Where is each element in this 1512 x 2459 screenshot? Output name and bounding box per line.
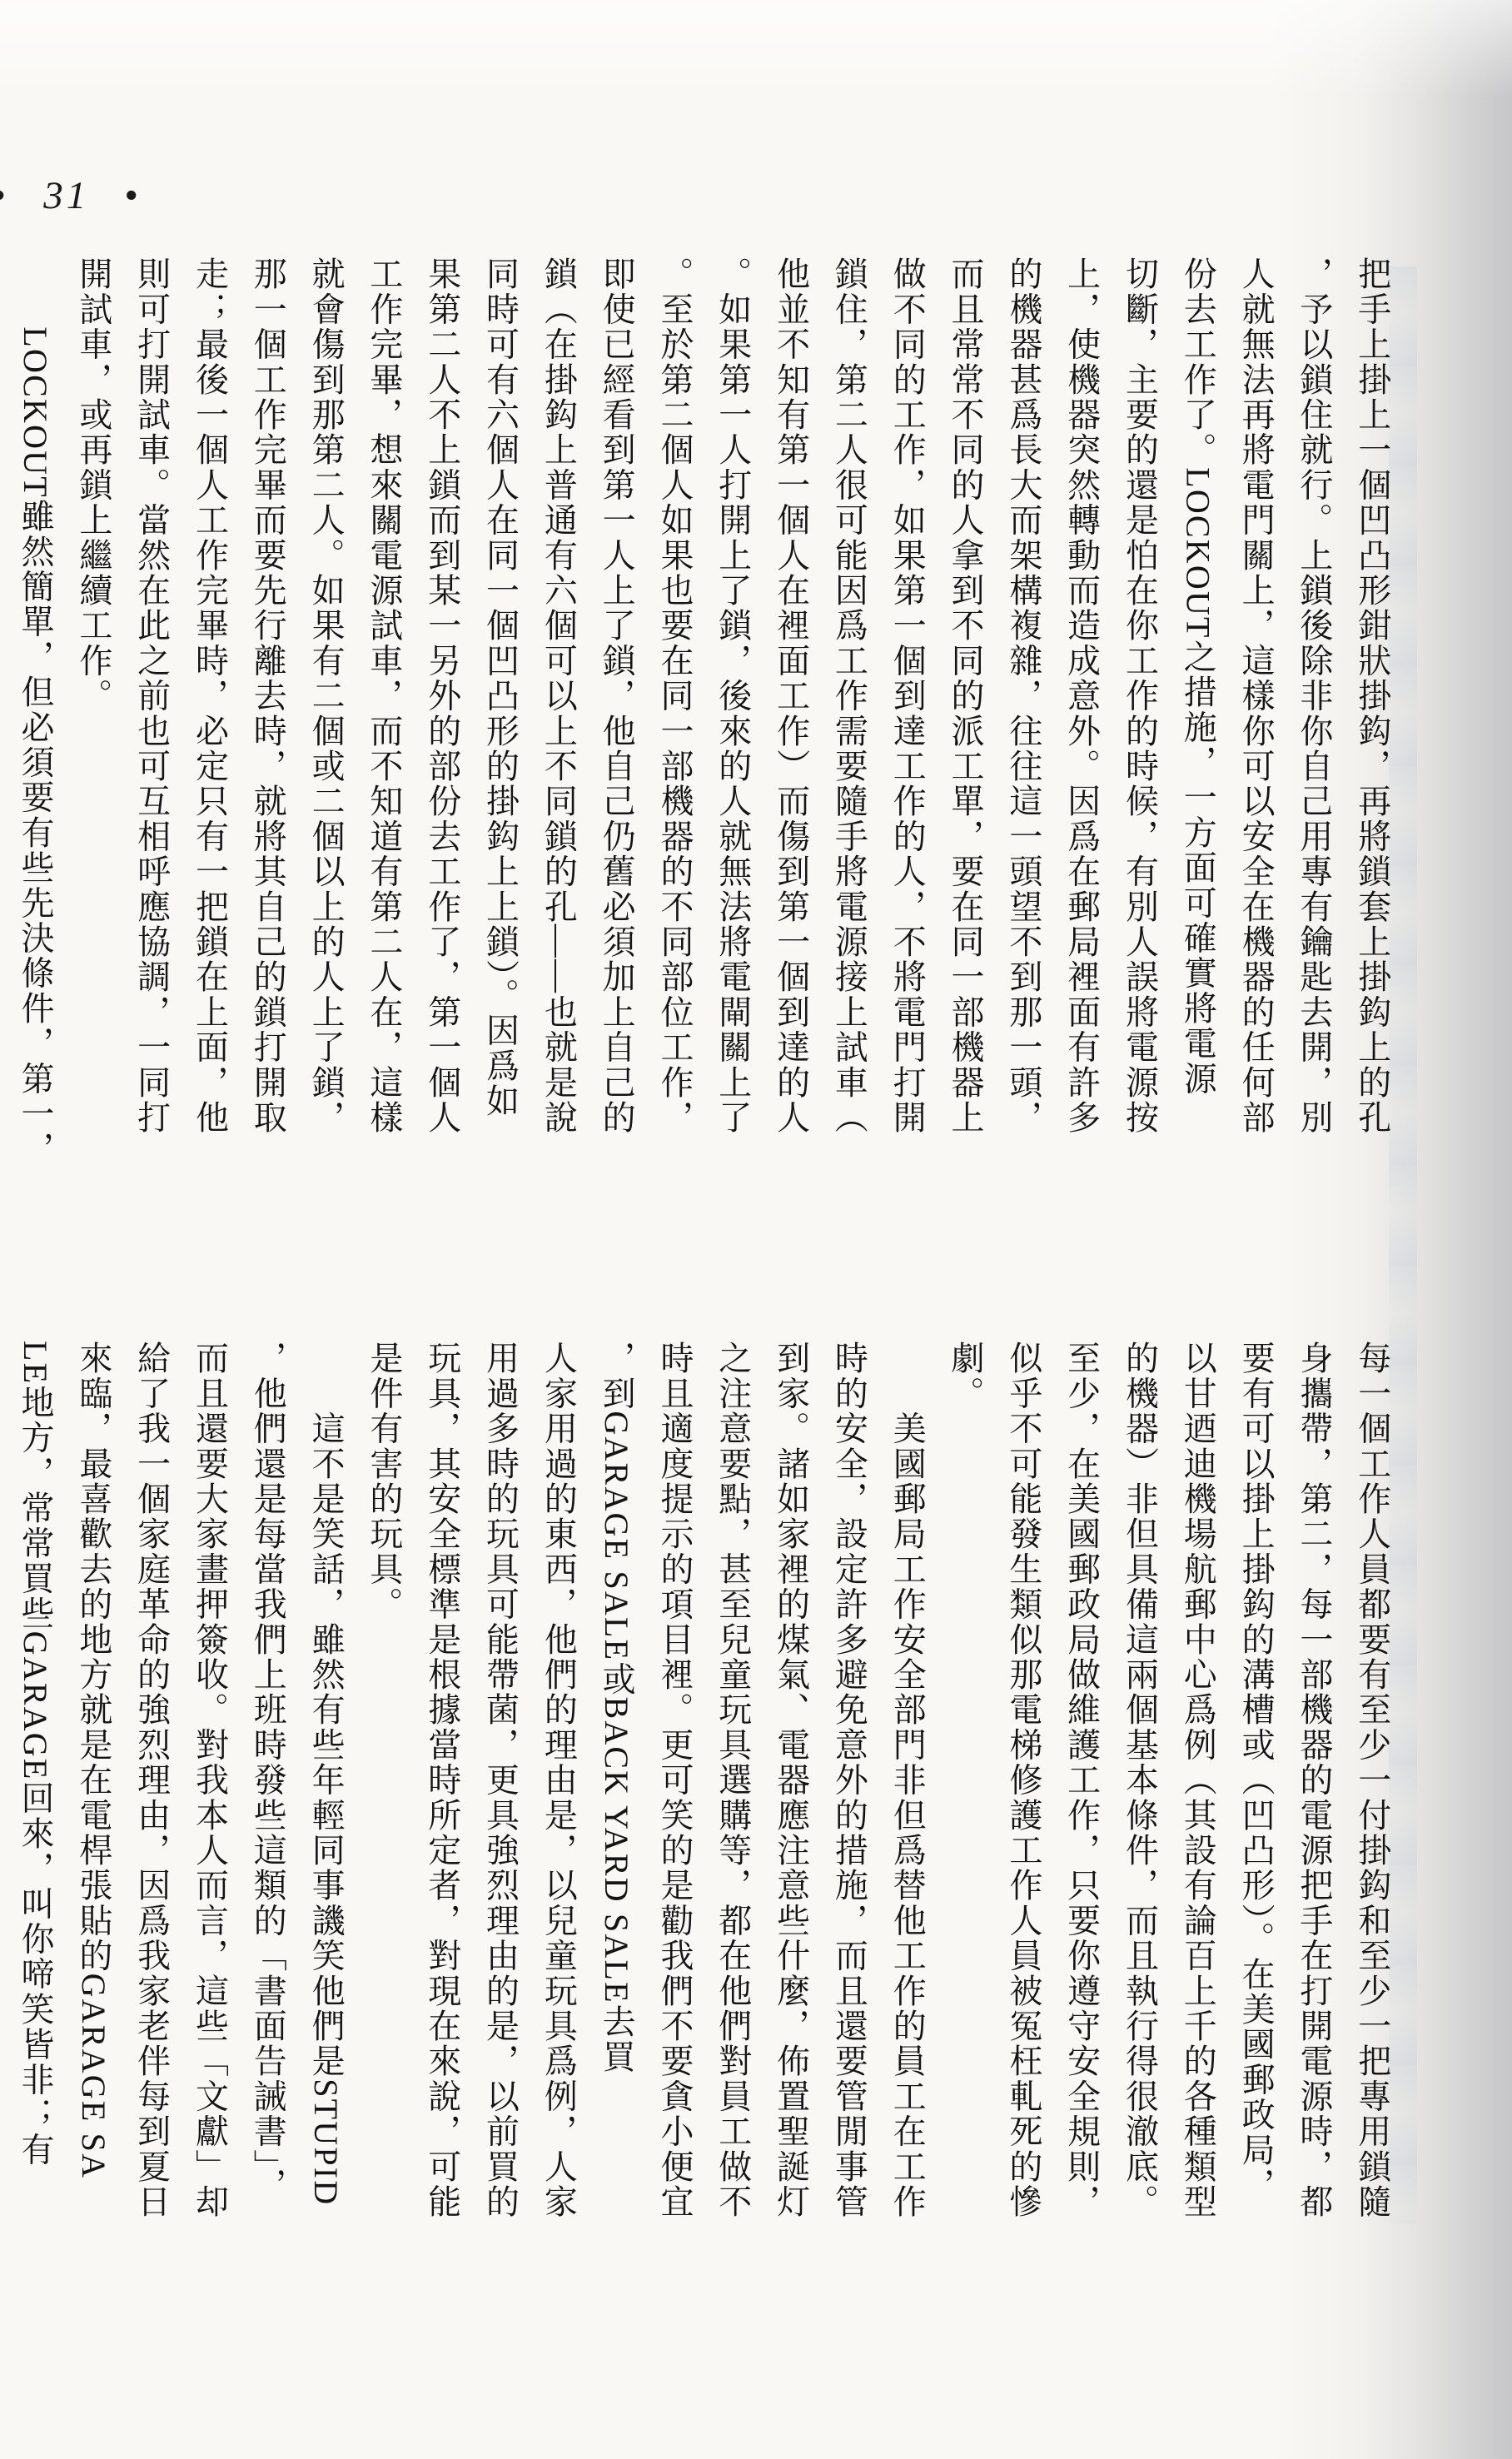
- ink-showthrough-streaks: [1389, 266, 1417, 2223]
- text-column: 劇。: [947, 1341, 983, 1411]
- text-column: 果第二人不上鎖而到某一另外的部份去工作了，第一個人: [424, 256, 460, 1135]
- text-column: 的機器甚爲長大而架構複雜，往往這一頭望不到那一頭，: [1005, 256, 1042, 1135]
- text-column: 時且適度提示的項目裡。更可笑的是勸我們不要貪小便宜: [656, 1341, 693, 2219]
- text-column: 要有可以掛上掛鈎的溝槽或（凹凸形）。在美國郵政局，: [1237, 1341, 1274, 2203]
- text-column: 鎖（在掛鈎上普通有六個可以上不同鎖的孔——也就是說: [540, 256, 576, 1135]
- text-column: LOCKOUT雖然簡單，但必須要有些先決條件，第一，: [17, 256, 53, 1167]
- text-column: 那一個工作完畢而要先行離去時，就將其自己的鎖打開取: [249, 256, 286, 1135]
- text-column: 這不是笑話，雖然有些年輕同事譏笑他們是STUPID: [307, 1341, 344, 2206]
- upper-text-block: 把手上掛上一個凹凸形鉗狀掛鈎，再將鎖套上掛鈎上的孔，予以鎖住就行。上鎖後除非你自…: [17, 256, 1390, 1172]
- text-column: 鎖住，第二人很可能因爲工作需要隨手將電源接上試車（: [830, 256, 867, 1135]
- text-column: ，予以鎖住就行。上鎖後除非你自己用專有鑰匙去開，別: [1296, 256, 1332, 1135]
- text-column: ，他們還是每當我們上班時發些這類的「書面告誡書」，: [249, 1341, 286, 2203]
- text-column: 上，使機器突然轉動而造成意外。因爲在郵局裡面有許多: [1063, 256, 1100, 1135]
- text-column: 每一個工作人員都要有至少一付掛鈎和至少一把專用鎖隨: [1354, 1341, 1390, 2219]
- text-column: 似乎不可能發生類似那電梯修護工作人員被冤枉軋死的慘: [1005, 1341, 1042, 2219]
- text-column: 用過多時的玩具可能帶菌，更具強烈理由的是，以前買的: [482, 1341, 519, 2219]
- text-column: 即使已經看到第一人上了鎖，他自己仍舊必須加上自己的: [598, 256, 634, 1135]
- text-column: 份去工作了。LOCKOUT之措施，一方面可確實將電源: [1179, 256, 1216, 1096]
- text-column: 人就無法再將電門關上，這樣你可以安全在機器的任何部: [1237, 256, 1274, 1135]
- text-column: 美國郵局工作安全部門非但爲替他工作的員工在工作: [888, 1341, 925, 2219]
- page-number: • 31 •: [0, 173, 141, 218]
- text-column: 玩具，其安全標準是根據當時所定者，對現在來說，可能: [424, 1341, 460, 2219]
- text-column: 工作完畢，想來關電源試車，而不知道有第二人在，這樣: [366, 256, 402, 1135]
- text-column: 同時可有六個人在同一個凹凸形的掛鈎上上鎖）。因爲如: [482, 256, 519, 1118]
- text-column: 就會傷到那第二人。如果有二個或二個以上的人上了鎖，: [307, 256, 344, 1135]
- text-column: 。如果第一人打開上了鎖，後來的人就無法將電閘關上了: [714, 256, 751, 1135]
- text-column: 到家。諸如家裡的煤氣、電器應注意些什麼，佈置聖誕灯: [773, 1341, 809, 2219]
- text-column: 做不同的工作，如果第一個到達工作的人，不將電門打開: [888, 256, 925, 1135]
- text-column: 而且還要大家畫押簽收。對我本人而言，這些「文獻」却: [191, 1341, 227, 2219]
- text-column: 他並不知有第一個人在裡面工作）而傷到第一個到達的人: [773, 256, 809, 1135]
- text-column: 時的安全，設定許多避免意外的措施，而且還要管閒事管: [830, 1341, 867, 2219]
- text-column: 把手上掛上一個凹凸形鉗狀掛鈎，再將鎖套上掛鈎上的孔: [1354, 256, 1390, 1135]
- text-column: 的機器）非但具備這兩個基本條件，而且執行得很澈底。: [1121, 1341, 1157, 2219]
- text-column: 而且常常不同的人拿到不同的派工單，要在同一部機器上: [947, 256, 983, 1135]
- lower-text-block: 每一個工作人員都要有至少一付掛鈎和至少一把專用鎖隨身攜帶，第二，每一部機器的電源…: [17, 1341, 1390, 2257]
- text-column: 以甘迺迪機場航郵中心爲例（其設有論百上千的各種類型: [1179, 1341, 1216, 2219]
- text-column: LE地方，常常買些GARAGE回來，叫你啼笑皆非；有: [17, 1341, 53, 2168]
- text-column: 是件有害的玩具。: [366, 1341, 402, 1622]
- text-column: 切斷，主要的還是怕在你工作的時候，有別人誤將電源按: [1121, 256, 1157, 1135]
- text-column: 開試車，或再鎖上繼續工作。: [75, 256, 112, 714]
- text-column: 之注意要點，甚至兒童玩具選購等，都在他們對員工做不: [714, 1341, 751, 2219]
- text-column: 走；最後一個人工作完畢時，必定只有一把鎖在上面，他: [191, 256, 227, 1135]
- text-column: 。至於第二個人如果也要在同一部機器的不同部位工作，: [656, 256, 693, 1135]
- text-column: 至少，在美國郵政局做維護工作，只要你遵守安全規則，: [1063, 1341, 1100, 2219]
- scanned-book-page: { "page": { "number_label": "• 31 •" }, …: [0, 0, 1512, 2459]
- text-column: 人家用過的東西，他們的理由是，以兒童玩具爲例，人家: [540, 1341, 576, 2219]
- text-column: 身攜帶，第二，每一部機器的電源把手在打開電源時，都: [1296, 1341, 1332, 2219]
- text-column: ，到GARAGE SALE或BACK YARD SALE去買: [598, 1341, 634, 2074]
- text-column: 給了我一個家庭革命的強烈理由，因爲我家老伴每到夏日: [133, 1341, 170, 2219]
- text-column: 則可打開試車。當然在此之前也可互相呼應協調，一同打: [133, 256, 170, 1135]
- text-column: 來臨，最喜歡去的地方就是在電桿張貼的GARAGE SA: [75, 1341, 112, 2179]
